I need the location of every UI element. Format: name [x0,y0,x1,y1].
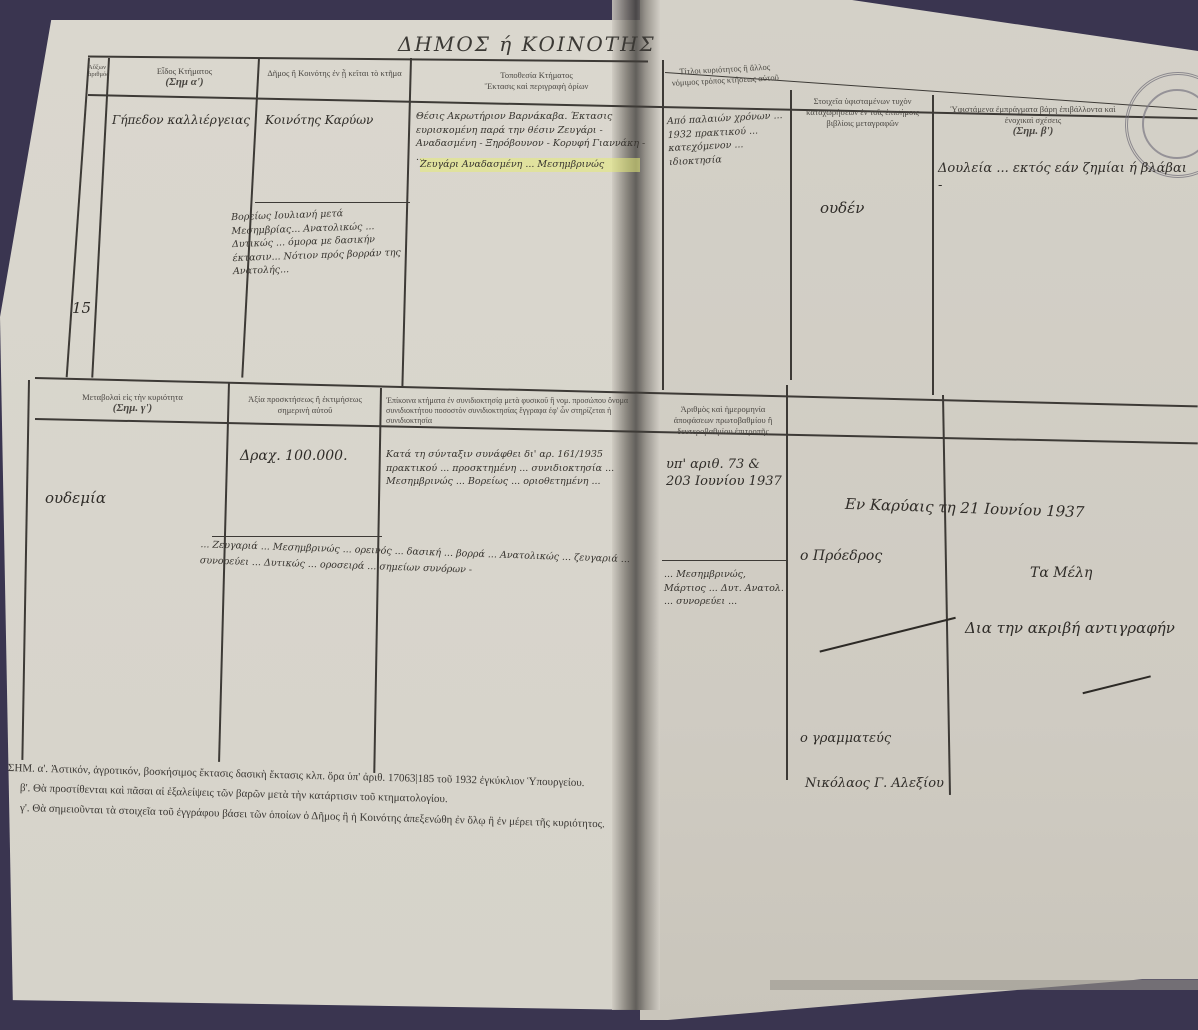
header-co-ownership: Ἐπίκοινα κτήματα ἐν συνιδιοκτησίᾳ μετὰ φ… [386,396,658,426]
municipality-value: Κοινότης Καρύων [265,112,405,129]
municipality-boundaries: Βορείως Ιουλιανή μετά Μεσημβρίας... Ανατ… [231,205,411,279]
header-municipality: Δῆμος ἢ Κοινότης ἐν ᾗ κεῖται τὸ κτῆμα [262,68,407,79]
header-note-b: (Σημ. β') [1013,125,1053,137]
header-encumbrances: Ὑφιστάμενα ἐμπράγματα βάρη ἐπιβάλλοντα κ… [938,104,1128,137]
document-photo: ΔΗΜΟΣ ή ΚΟΙΝΟΤΗΣ Αὔξων ἀριθμός Εἶδος Κτή… [0,0,1198,1030]
header-location-sub: Ἔκτασις καὶ περιγραφὴ ὁρίων [414,81,659,92]
header-number: Αὔξων ἀριθμός [88,64,106,78]
value-amount: Δραχ. 100.000. [240,448,348,465]
property-type-value: Γήπεδον καλλιέργειας [112,112,250,129]
members-label: Τα Μέλη [1030,565,1092,582]
header-changes: Μεταβολαὶ εἰς τὴν κυριότητα (Σημ. γ') [40,392,225,414]
header-value: Ἀξία προσκτήσεως ἢ ἐκτιμήσεως σημερινὴ α… [235,394,375,416]
encumbrances-value: Δουλεία ... εκτός εάν ζημίαι ή βλάβαι - [938,160,1188,194]
changes-value: ουδεμία [45,490,106,507]
location-highlighted: Ζευγάρι Αναδασμένη ... Μεσημβρινώς [420,158,640,172]
header-location-label: Τοποθεσία Κτήματος [414,70,659,81]
cell-divider [255,202,410,203]
header-property-type: Εἶδος Κτήματος (Σημ α') [112,66,257,88]
header-note-a: (Σημ α') [165,76,203,88]
decision-value: υπ' αριθ. 73 & 203 Ιουνίου 1937 [666,456,784,490]
page-title: ΔΗΜΟΣ ή ΚΟΙΝΟΤΗΣ [398,32,656,56]
header-note-c: (Σημ. γ') [113,402,152,414]
certified-copy-note: Δια την ακριβή αντιγραφήν [965,620,1175,637]
secretary-name: Νικόλαος Γ. Αλεξίου [805,775,944,792]
cell-divider [212,536,382,537]
transcriptions-value: ουδέν [820,200,864,217]
cell-divider [662,560,787,561]
torn-edge [770,980,1198,990]
decision-detail: ... Μεσημβρινώς, Μάρτιος ... Δυτ. Ανατολ… [664,568,784,609]
chairman-label: ο Πρόεδρος [800,548,882,565]
title-deeds-value: Από παλαιών χρόνων ... 1932 πρακτικού ..… [667,109,790,169]
col-line [790,90,792,380]
header-location: Τοποθεσία Κτήματος Ἔκτασις καὶ περιγραφὴ… [414,70,659,92]
secretary-label: ο γραμματεύς [800,730,891,747]
co-ownership-value: Κατά τη σύνταξιν συνάφθει δι' αρ. 161/19… [386,448,648,489]
location-value: Θέσις Ακρωτήριον Βαρνάκαβα. Έκτασις ευρι… [416,110,656,164]
header-transcriptions: Στοιχεῖα ὑφισταμένων τυχὸν καταχωρήσεων … [795,96,930,129]
col-line [932,95,934,395]
header-decision: Ἀριθμὸς καὶ ἡμερομηνία ἀποφάσεων πρωτοβα… [664,404,782,437]
col-line [662,60,664,390]
header-encumbrances-label: Ὑφιστάμενα ἐμπράγματα βάρη ἐπιβάλλοντα κ… [938,104,1128,126]
row-number: 15 [72,300,91,317]
